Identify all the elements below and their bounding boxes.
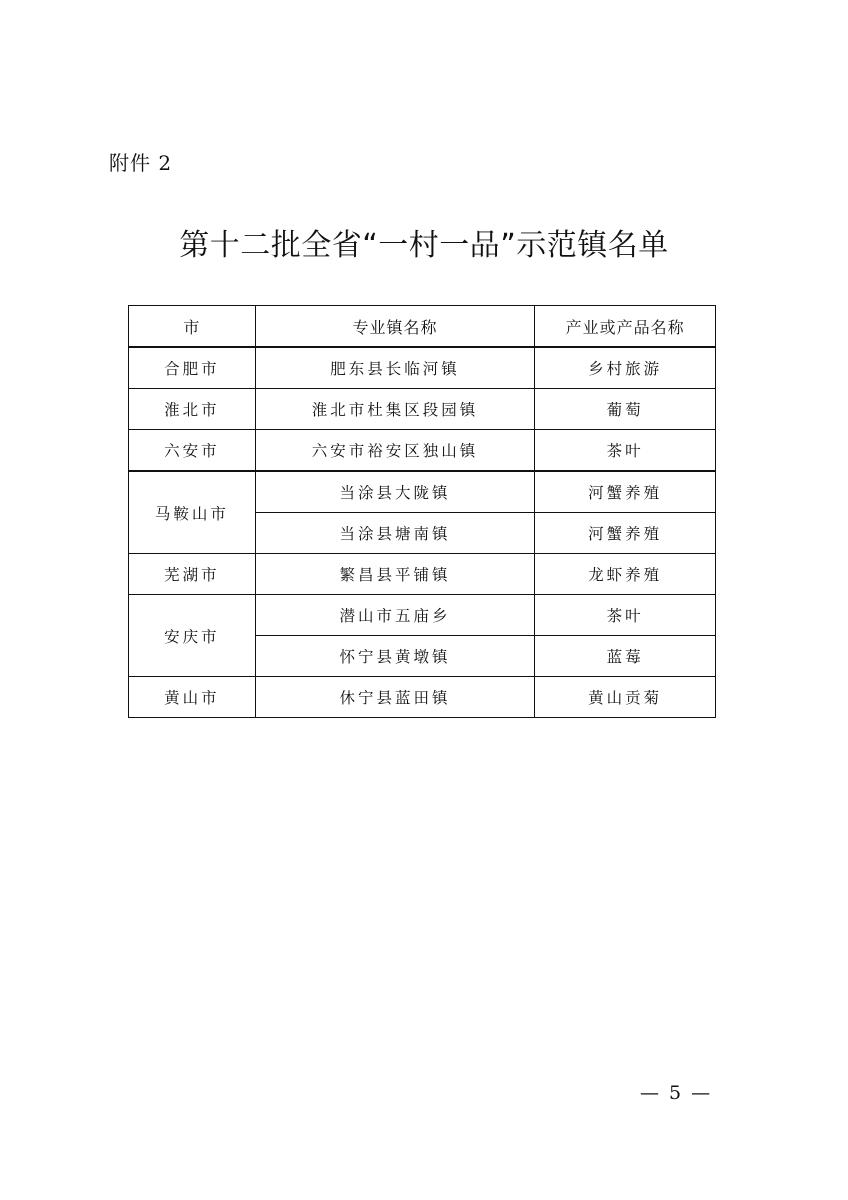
city-cell: 淮北市 xyxy=(129,389,256,430)
town-cell: 六安市裕安区独山镇 xyxy=(255,430,535,472)
city-cell: 安庆市 xyxy=(129,595,256,677)
header-city: 市 xyxy=(129,306,256,348)
town-cell: 淮北市杜集区段园镇 xyxy=(255,389,535,430)
document-title: 第十二批全省“一村一品”示范镇名单 xyxy=(0,220,848,264)
table-row: 黄山市 休宁县蓝田镇 黄山贡菊 xyxy=(129,677,716,718)
product-cell: 葡萄 xyxy=(535,389,716,430)
table-row: 淮北市 淮北市杜集区段园镇 葡萄 xyxy=(129,389,716,430)
town-cell: 繁昌县平铺镇 xyxy=(255,554,535,595)
city-cell: 六安市 xyxy=(129,430,256,472)
city-cell: 芜湖市 xyxy=(129,554,256,595)
city-cell: 合肥市 xyxy=(129,347,256,389)
town-cell: 当涂县塘南镇 xyxy=(255,513,535,554)
town-cell: 休宁县蓝田镇 xyxy=(255,677,535,718)
header-product: 产业或产品名称 xyxy=(535,306,716,348)
product-cell: 河蟹养殖 xyxy=(535,471,716,513)
table-row: 合肥市 肥东县长临河镇 乡村旅游 xyxy=(129,347,716,389)
town-cell: 肥东县长临河镇 xyxy=(255,347,535,389)
product-cell: 茶叶 xyxy=(535,430,716,472)
town-cell: 潜山市五庙乡 xyxy=(255,595,535,636)
attachment-label: 附件 2 xyxy=(109,147,172,176)
table-header-row: 市 专业镇名称 产业或产品名称 xyxy=(129,306,716,348)
town-cell: 怀宁县黄墩镇 xyxy=(255,636,535,677)
product-cell: 茶叶 xyxy=(535,595,716,636)
product-cell: 黄山贡菊 xyxy=(535,677,716,718)
table-row: 六安市 六安市裕安区独山镇 茶叶 xyxy=(129,430,716,472)
product-cell: 龙虾养殖 xyxy=(535,554,716,595)
table-row: 芜湖市 繁昌县平铺镇 龙虾养殖 xyxy=(129,554,716,595)
table-row: 马鞍山市 当涂县大陇镇 河蟹养殖 xyxy=(129,471,716,513)
header-town: 专业镇名称 xyxy=(255,306,535,348)
city-cell: 马鞍山市 xyxy=(129,471,256,554)
page-number: — 5 — xyxy=(640,1082,712,1104)
town-cell: 当涂县大陇镇 xyxy=(255,471,535,513)
product-cell: 蓝莓 xyxy=(535,636,716,677)
table-row: 安庆市 潜山市五庙乡 茶叶 xyxy=(129,595,716,636)
product-cell: 乡村旅游 xyxy=(535,347,716,389)
product-cell: 河蟹养殖 xyxy=(535,513,716,554)
city-cell: 黄山市 xyxy=(129,677,256,718)
demo-town-table: 市 专业镇名称 产业或产品名称 合肥市 肥东县长临河镇 乡村旅游 淮北市 淮北市… xyxy=(128,305,716,718)
